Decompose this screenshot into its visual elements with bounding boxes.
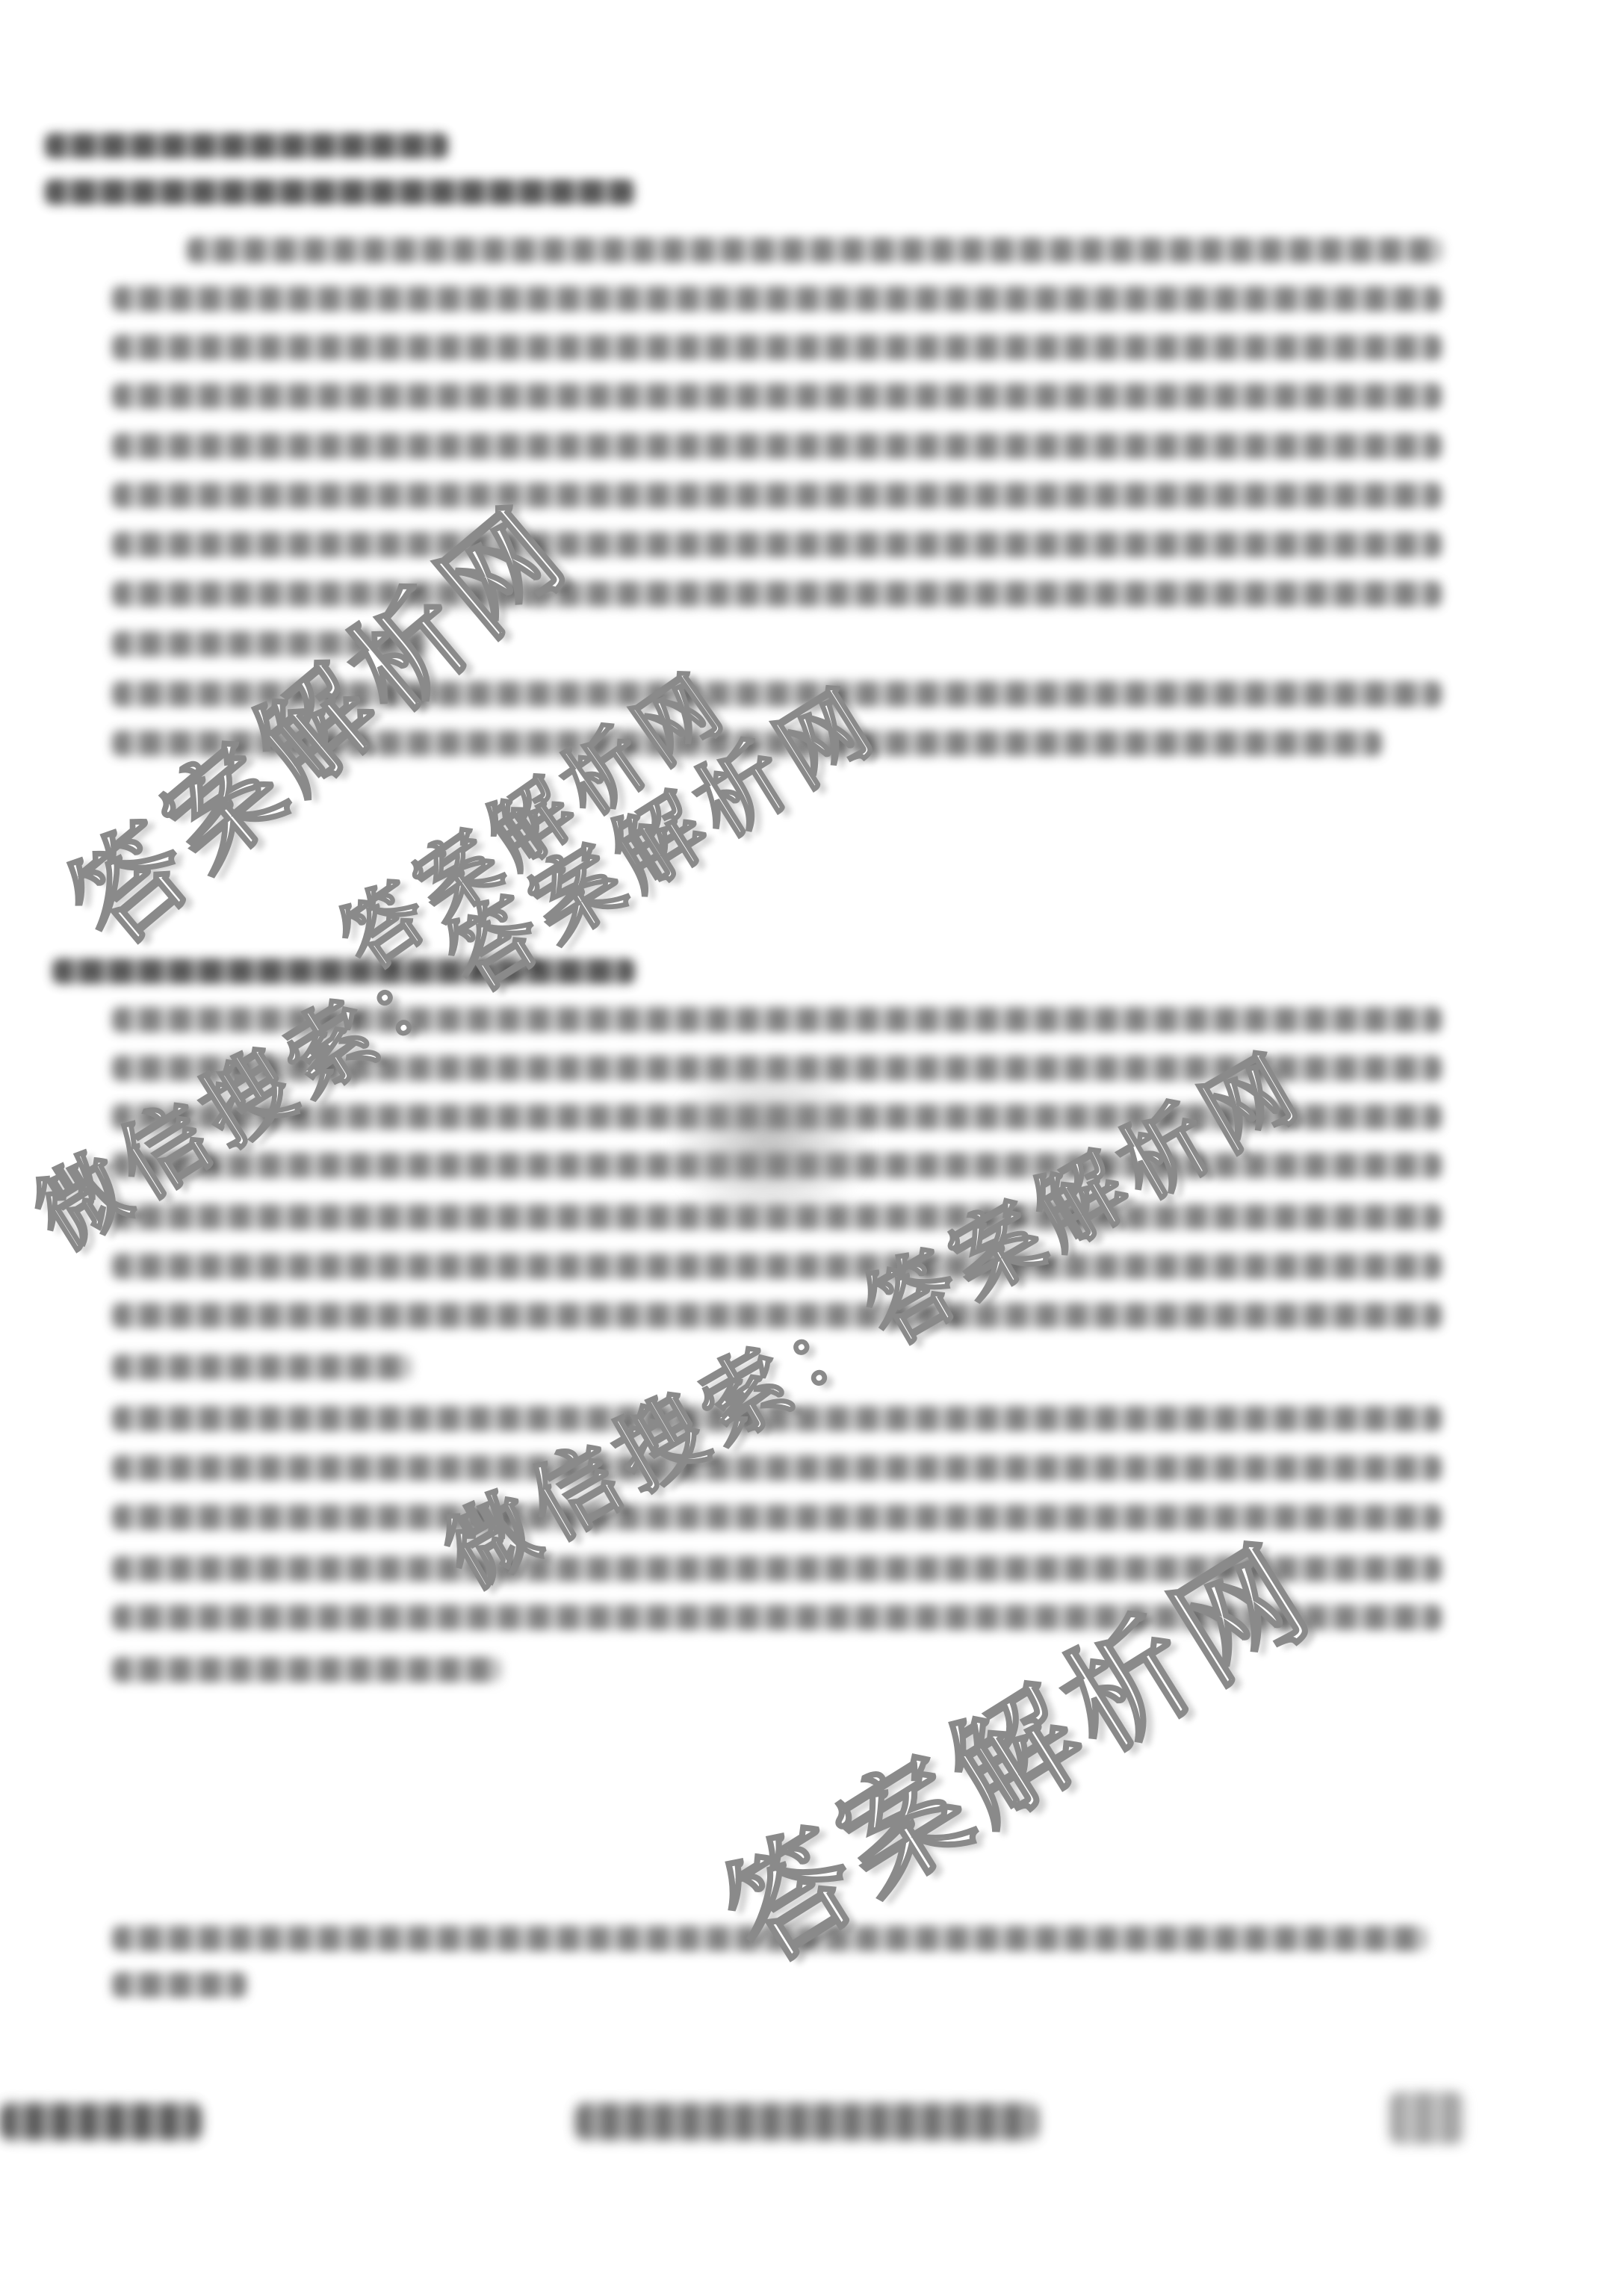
blurred-text-line — [112, 1406, 1442, 1431]
blurred-text-line — [112, 1972, 247, 1998]
blurred-text-line — [112, 1354, 411, 1380]
blurred-text-line — [112, 286, 1442, 312]
blurred-text-line — [45, 179, 635, 205]
blurred-text-line — [45, 133, 448, 158]
footer-page-code — [1389, 2092, 1464, 2144]
blurred-text-line — [112, 433, 1442, 459]
blurred-text-line — [112, 1303, 1442, 1328]
blurred-text-line — [112, 581, 1442, 607]
blurred-text-line — [112, 1556, 1442, 1581]
blurred-text-line — [112, 681, 1442, 707]
footer-left-label — [0, 2103, 202, 2140]
blurred-text-line — [112, 1455, 1442, 1481]
blurred-text-line — [52, 958, 635, 984]
blurred-text-line — [112, 483, 1442, 508]
blurred-text-line — [112, 383, 1442, 409]
blurred-text-line — [112, 1657, 500, 1682]
blurred-text-line — [112, 1926, 1427, 1951]
blurred-text-line — [112, 1007, 1442, 1032]
blurred-text-line — [112, 335, 1442, 360]
faint-stamp-mark — [672, 1061, 867, 1225]
blurred-text-line — [187, 238, 1442, 263]
blurred-text-line — [112, 631, 426, 657]
blurred-text-line — [112, 1254, 1442, 1279]
document-page: 答案解析网答案解析网微信搜索：答案解析网微信搜索：答案解析网答案解析网 — [0, 0, 1624, 2274]
blurred-text-line — [112, 1505, 1442, 1530]
blurred-text-line — [112, 1605, 1442, 1630]
footer-page-info — [575, 2103, 1038, 2140]
blurred-text-line — [112, 532, 1442, 557]
blurred-text-line — [112, 731, 1382, 756]
